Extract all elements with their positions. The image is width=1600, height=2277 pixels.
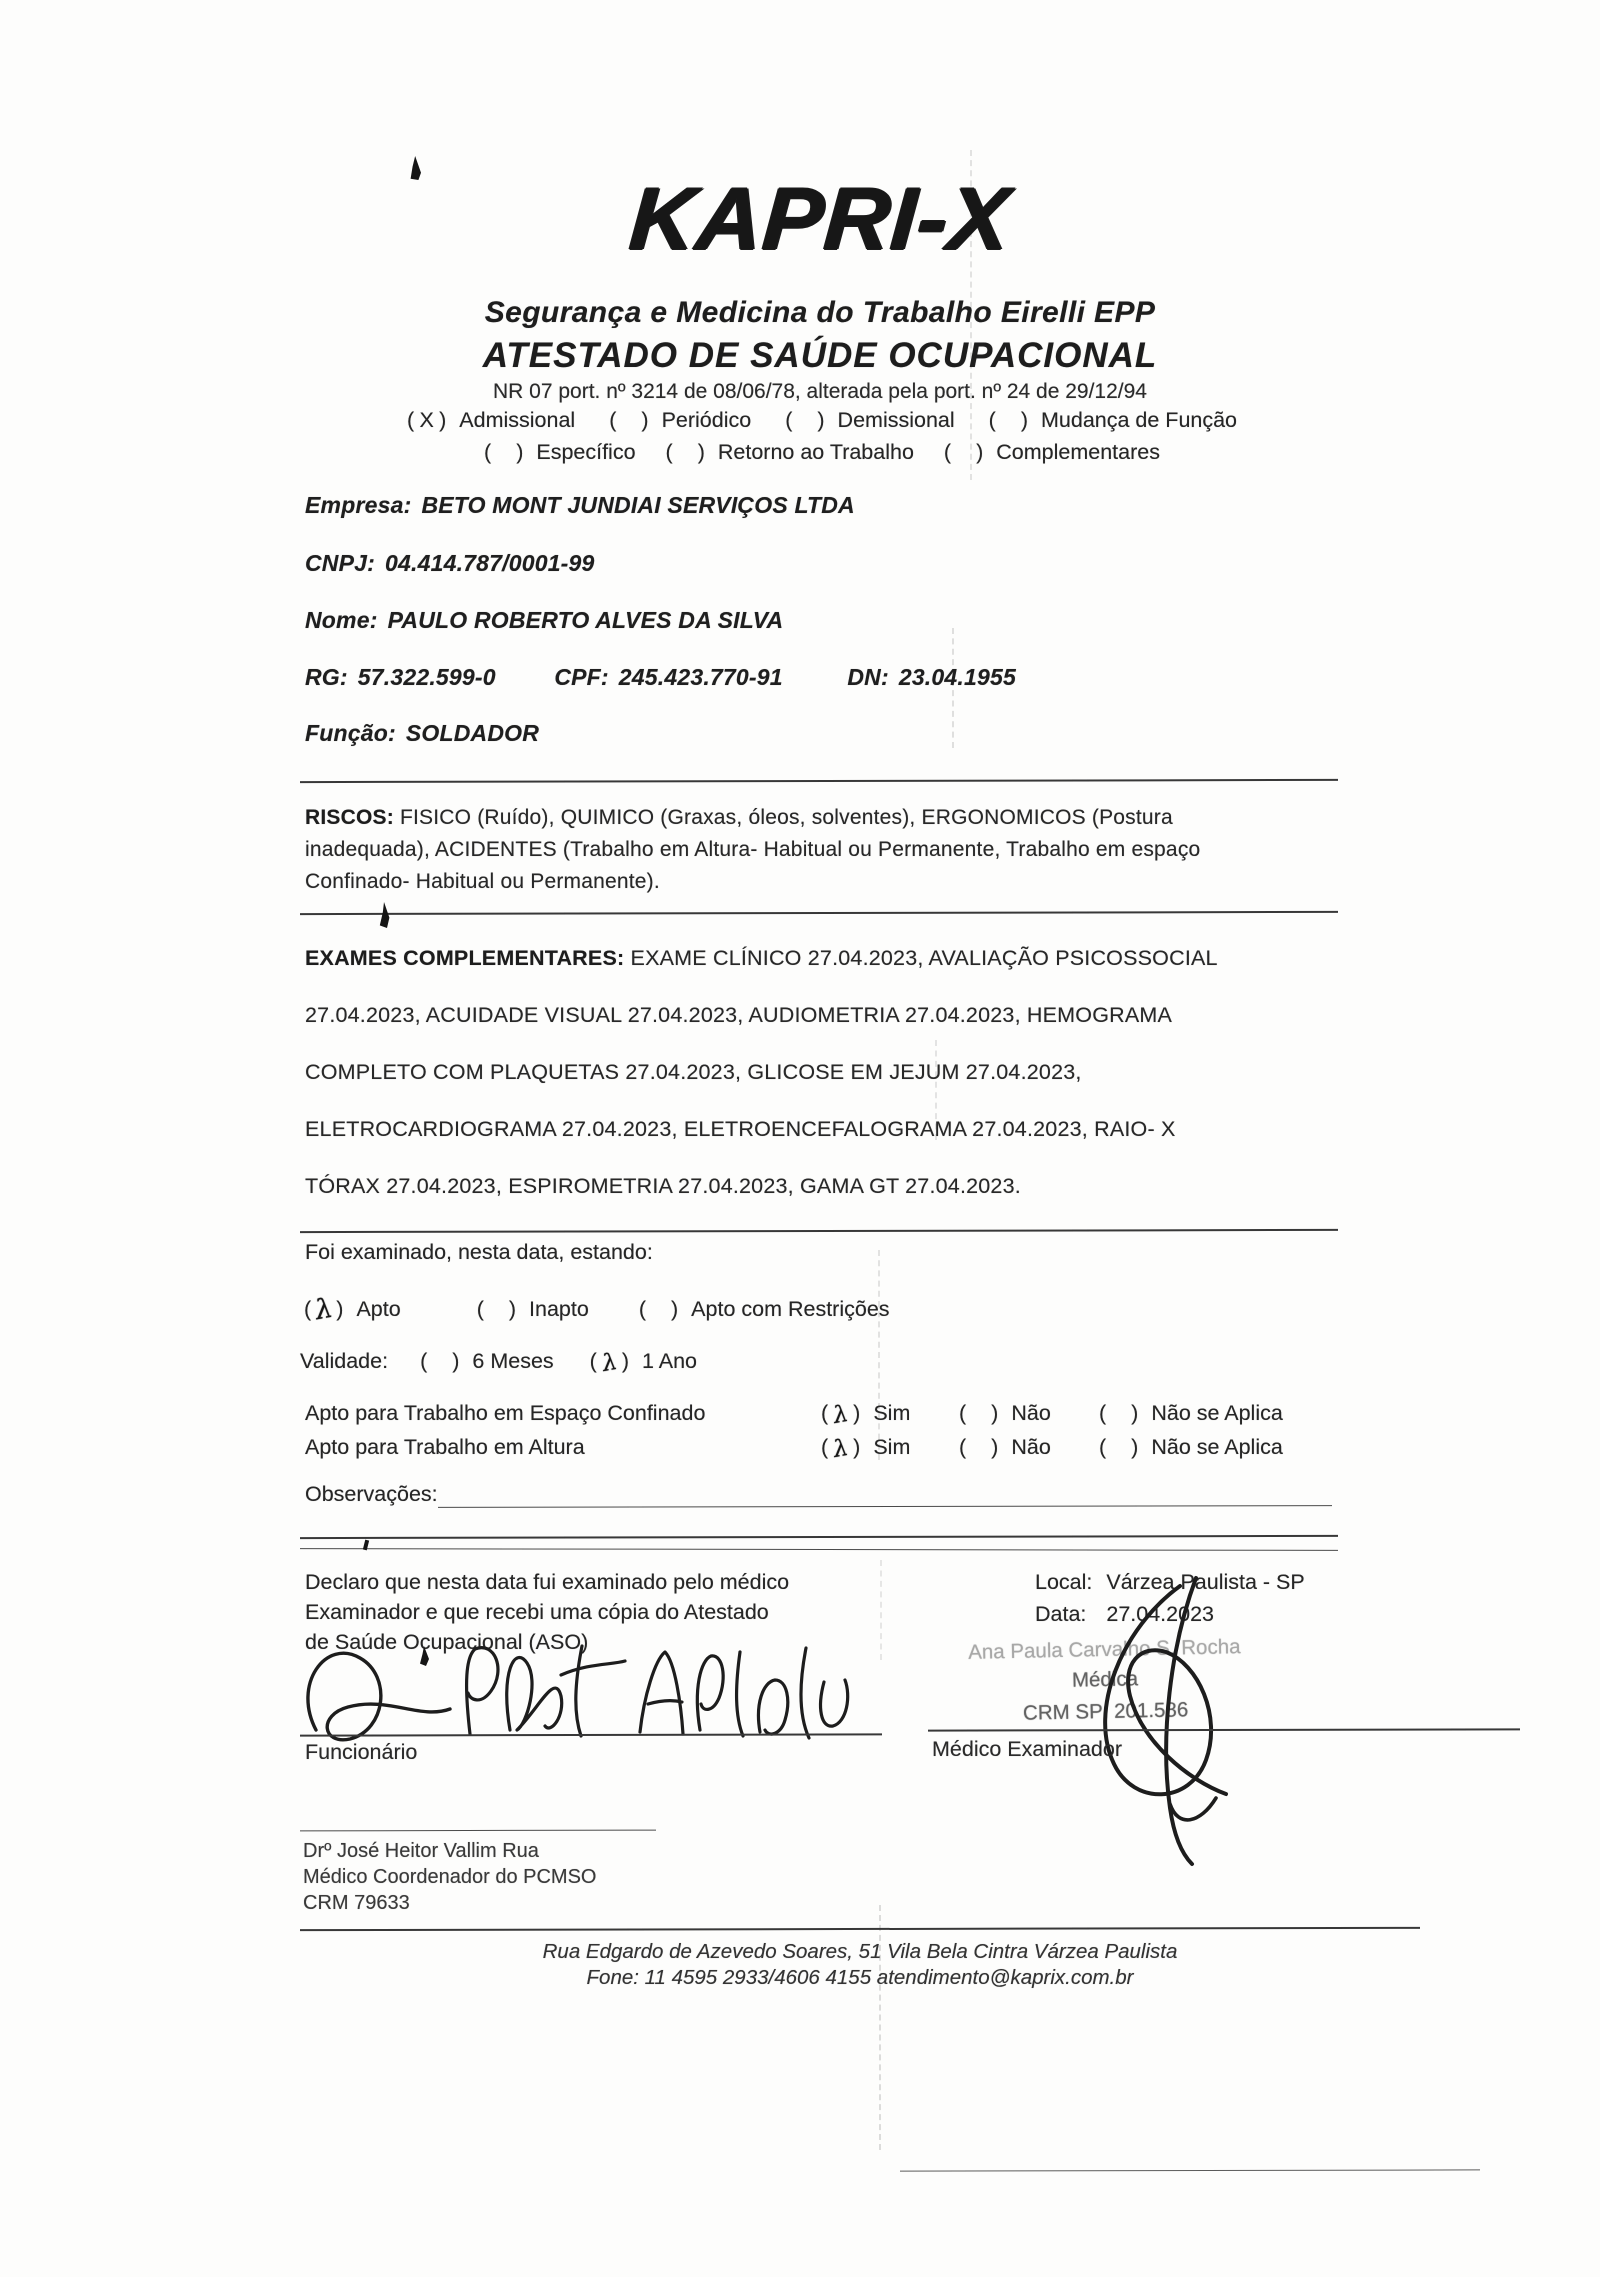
exames-line-4: ELETROCARDIOGRAMA 27.04.2023, ELETROENCE… [305, 1117, 1176, 1142]
validade-row: Validade: ()6 Meses (λ)1 Ano [300, 1348, 697, 1374]
footer-phone: Fone: 11 4595 2933/4606 4155 atendimento… [300, 1966, 1420, 1990]
field-value: 245.423.770-91 [619, 664, 783, 690]
exames-line-5: TÓRAX 27.04.2023, ESPIROMETRIA 27.04.202… [305, 1174, 1021, 1199]
field-cnpj: CNPJ:04.414.787/0001-99 [305, 550, 595, 577]
checkbox-demissional: ()Demissional [781, 408, 954, 433]
medico-caption: Médico Examinador [932, 1737, 1122, 1762]
bottom-scan-line [900, 2169, 1480, 2171]
checkbox-1-ano: (λ)1 Ano [586, 1348, 697, 1374]
exam-type-row-1: (X)Admissional ()Periódico ()Demissional… [300, 408, 1340, 433]
field-value: SOLDADOR [406, 720, 539, 746]
field-label: Nome: [305, 607, 378, 633]
field-value: PAULO ROBERTO ALVES DA SILVA [388, 607, 784, 633]
field-label: CPF: [554, 664, 608, 690]
observacoes-label: Observações: [305, 1482, 438, 1507]
aptidao-label: Apto para Trabalho em Espaço Confinado [305, 1401, 817, 1426]
section-divider [300, 1535, 1338, 1539]
coordinator-crm: CRM 79633 [303, 1892, 410, 1915]
checkbox-periodico: ()Periódico [605, 408, 751, 433]
exames-line-1: EXAMES COMPLEMENTARES: EXAME CLÍNICO 27.… [305, 946, 1218, 971]
section-divider [300, 1229, 1338, 1233]
riscos-line-3: Confinado- Habitual ou Permanente). [305, 870, 660, 894]
riscos-line-2: inadequada), ACIDENTES (Trabalho em Altu… [305, 838, 1200, 862]
aptidao-label: Apto para Trabalho em Altura [305, 1435, 817, 1460]
checkbox-mark: X [418, 408, 435, 433]
field-nome: Nome:PAULO ROBERTO ALVES DA SILVA [305, 607, 783, 634]
field-rg-cpf-dn: RG:57.322.599-0 CPF:245.423.770-91 DN:23… [305, 664, 1016, 691]
exames-line-2: 27.04.2023, ACUIDADE VISUAL 27.04.2023, … [305, 1003, 1172, 1028]
checkbox-admissional: (X)Admissional [403, 408, 575, 433]
checkbox-inapto: ()Inapto [473, 1297, 589, 1322]
coordinator-role: Médico Coordenador do PCMSO [303, 1866, 596, 1889]
exames-line-3: COMPLETO COM PLAQUETAS 27.04.2023, GLICO… [305, 1060, 1082, 1085]
exam-type-row-2: ()Específico ()Retorno ao Trabalho ()Com… [300, 440, 1340, 465]
exam-result-intro: Foi examinado, nesta data, estando: [305, 1240, 653, 1265]
field-label: Função: [305, 720, 396, 746]
regulation-line: NR 07 port. nº 3214 de 08/06/78, alterad… [300, 380, 1340, 404]
status-row: (λ)Apto ()Inapto ()Apto com Restrições [300, 1292, 890, 1323]
field-label: CNPJ: [305, 550, 375, 576]
checkbox-altura-sim: (λ)Sim [817, 1434, 921, 1460]
observacoes-blank-line [438, 1505, 1332, 1508]
aso-document-page: KAPRI-X Segurança e Medicina do Trabalho… [0, 0, 1600, 2277]
fold-line [878, 1250, 880, 1460]
checkbox-altura-nao-se-aplica: ()Não se Aplica [1095, 1435, 1283, 1460]
riscos-label: RISCOS: [305, 806, 394, 829]
exames-label: EXAMES COMPLEMENTARES: [305, 946, 624, 970]
field-label: Empresa: [305, 492, 411, 518]
coordinator-name: Drº José Heitor Vallim Rua [303, 1840, 539, 1863]
aptidao-row-altura: Apto para Trabalho em Altura (λ)Sim ()Nã… [305, 1434, 1317, 1460]
checkbox-altura-nao: ()Não [955, 1435, 1061, 1460]
field-empresa: Empresa:BETO MONT JUNDIAI SERVIÇOS LTDA [305, 492, 855, 519]
field-value: 04.414.787/0001-99 [385, 550, 595, 576]
field-value: 23.04.1955 [899, 664, 1016, 690]
validade-label: Validade: [300, 1349, 388, 1374]
section-divider [300, 779, 1338, 783]
field-funcao: Função:SOLDADOR [305, 720, 539, 747]
aptidao-row-espaco-confinado: Apto para Trabalho em Espaço Confinado (… [305, 1400, 1317, 1426]
document-title: ATESTADO DE SAÚDE OCUPACIONAL [300, 336, 1340, 376]
checkbox-confinado-nao-se-aplica: ()Não se Aplica [1095, 1401, 1283, 1426]
company-subtitle: Segurança e Medicina do Trabalho Eirelli… [300, 296, 1340, 330]
checkbox-apto-restricoes: ()Apto com Restrições [635, 1297, 890, 1322]
checkbox-mudanca-funcao: ()Mudança de Função [985, 408, 1237, 433]
field-value: BETO MONT JUNDIAI SERVIÇOS LTDA [421, 492, 854, 518]
doctor-signature [1030, 1568, 1270, 1868]
company-logo: KAPRI-X [281, 168, 1359, 270]
checkbox-especifico: ()Específico [480, 440, 636, 465]
coordinator-line [300, 1830, 656, 1832]
funcionario-caption: Funcionário [305, 1740, 417, 1765]
checkbox-confinado-nao: ()Não [955, 1401, 1061, 1426]
section-divider [300, 1548, 1338, 1551]
ink-blob-divider [378, 902, 390, 928]
field-label: DN: [847, 664, 888, 690]
checkbox-complementares: ()Complementares [940, 440, 1160, 465]
checkbox-confinado-sim: (λ)Sim [817, 1400, 921, 1426]
checkbox-retorno-trabalho: ()Retorno ao Trabalho [662, 440, 914, 465]
checkbox-apto: (λ)Apto [300, 1292, 401, 1323]
footer-divider [300, 1927, 1420, 1931]
footer-address: Rua Edgardo de Azevedo Soares, 51 Vila B… [300, 1940, 1420, 1964]
declaration-line-1: Declaro que nesta data fui examinado pel… [305, 1570, 789, 1595]
section-divider [300, 911, 1338, 915]
field-value: 57.322.599-0 [358, 664, 496, 690]
fold-line [880, 1560, 882, 1660]
riscos-line-1: RISCOS: FISICO (Ruído), QUIMICO (Graxas,… [305, 806, 1173, 830]
checkbox-6-meses: ()6 Meses [416, 1349, 554, 1374]
field-label: RG: [305, 664, 348, 690]
